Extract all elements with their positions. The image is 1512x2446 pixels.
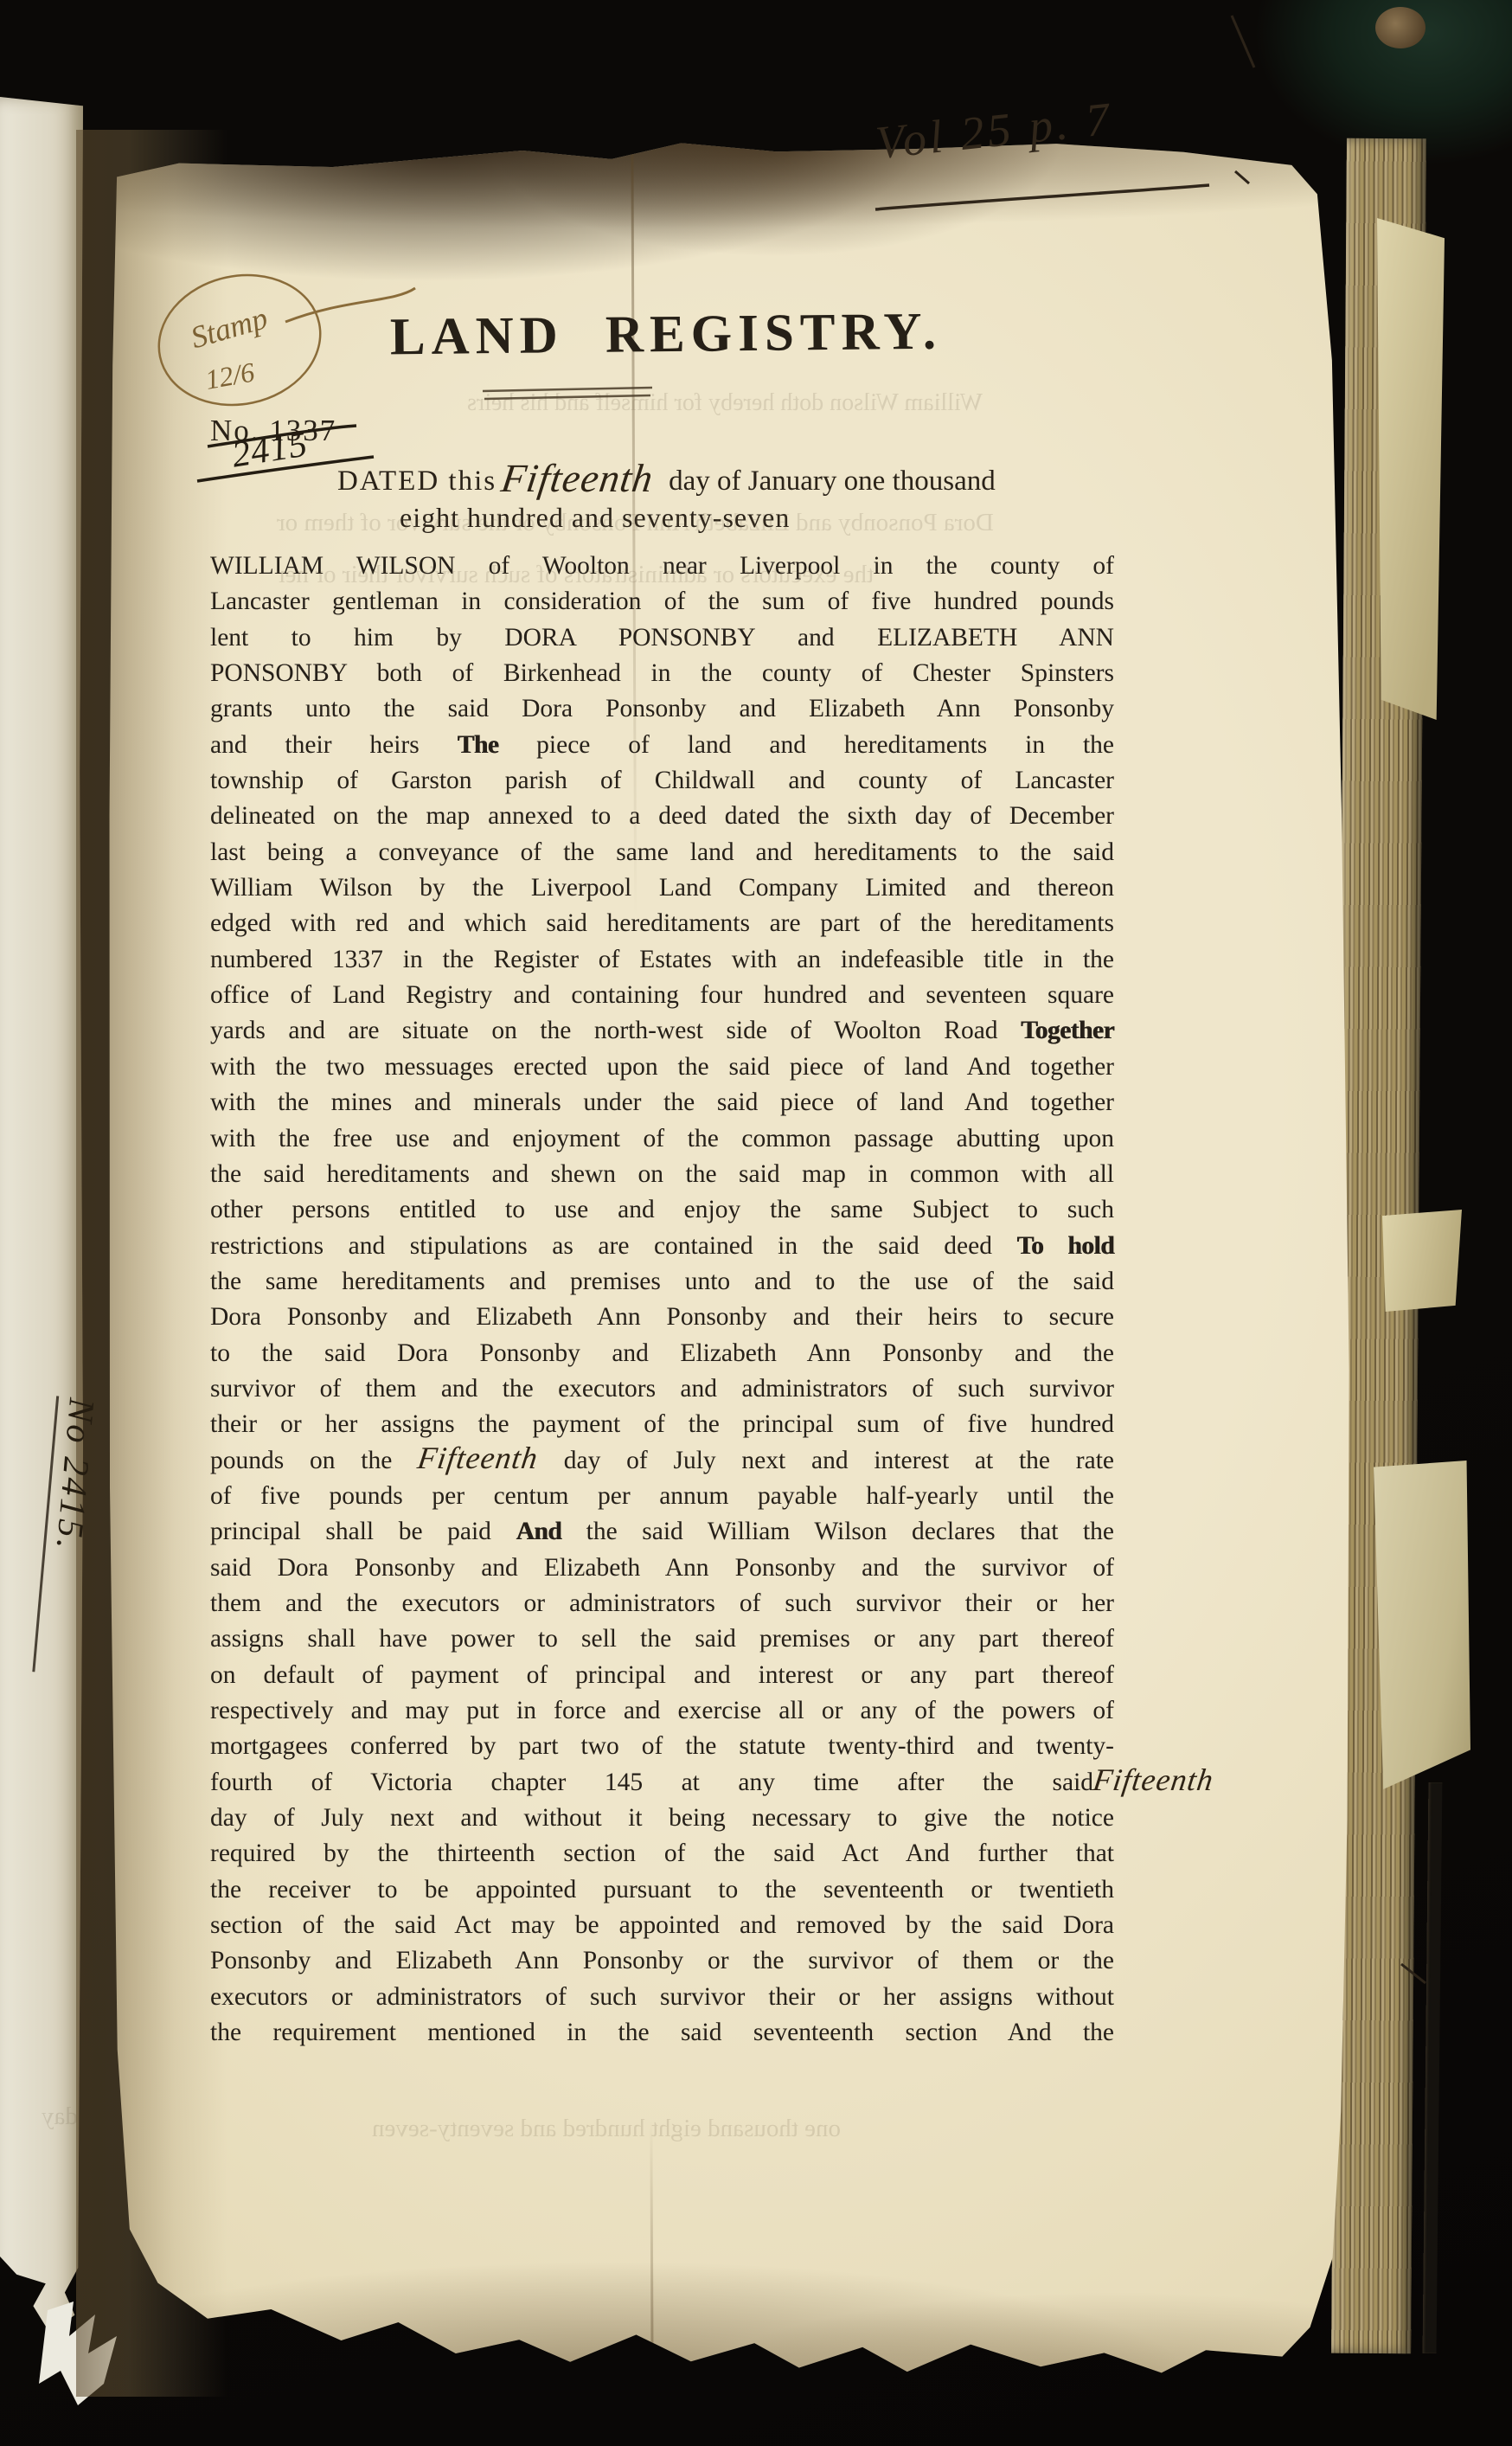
body-segment: section of the said Act may be appointed… bbox=[210, 1911, 1114, 1939]
body-line: said Dora Ponsonby and Elizabeth Ann Pon… bbox=[210, 1550, 1114, 1586]
body-line: the said hereditaments and shewn on the … bbox=[210, 1157, 1114, 1192]
body-line: their or her assigns the payment of the … bbox=[210, 1407, 1114, 1442]
body-segment: with the two messuages erected upon the … bbox=[210, 1053, 1114, 1081]
body-segment: township of Garston parish of Childwall … bbox=[210, 767, 1114, 794]
body-line: other persons entitled to use and enjoy … bbox=[210, 1192, 1114, 1228]
body-segment: office of Land Registry and containing f… bbox=[210, 981, 1114, 1009]
body-segment: the receiver to be appointed pursuant to… bbox=[210, 1876, 1114, 1904]
body-line: of five pounds per centum per annum paya… bbox=[210, 1479, 1114, 1514]
body-line: township of Garston parish of Childwall … bbox=[210, 763, 1114, 799]
body-segment: piece of land and hereditaments in the bbox=[498, 731, 1114, 759]
blackletter-word: The bbox=[458, 731, 499, 759]
body-segment: with the mines and minerals under the sa… bbox=[210, 1088, 1114, 1116]
body-line: executors or administrators of such surv… bbox=[210, 1980, 1114, 2015]
body-line: required by the thirteenth section of th… bbox=[210, 1836, 1114, 1871]
body-line: William Wilson by the Liverpool Land Com… bbox=[210, 870, 1114, 906]
body-segment: pounds on the bbox=[210, 1447, 418, 1474]
body-segment: survivor of them and the executors and a… bbox=[210, 1375, 1114, 1403]
body-line: fourth of Victoria chapter 145 at any ti… bbox=[210, 1765, 1214, 1801]
dated-suffix: day of January one thousand bbox=[669, 465, 996, 497]
body-segment: mortgagees conferred by part two of the … bbox=[210, 1732, 1114, 1760]
body-segment: respectively and may put in force and ex… bbox=[210, 1697, 1114, 1724]
body-line: day of July next and without it being ne… bbox=[210, 1801, 1114, 1836]
body-segment: last being a conveyance of the same land… bbox=[210, 838, 1114, 866]
dated-line: DATED thisFifteenthday of January one th… bbox=[337, 453, 996, 499]
blackletter-word: To hold bbox=[1016, 1232, 1114, 1260]
body-segment: the said hereditaments and shewn on the … bbox=[210, 1160, 1114, 1188]
book-photo: Vol 25 p. 7 LAND REGISTRY. No. 1337 2415… bbox=[0, 0, 1512, 2446]
body-line: Dora Ponsonby and Elizabeth Ann Ponsonby… bbox=[210, 1300, 1114, 1335]
body-segment: assigns shall have power to sell the sai… bbox=[210, 1625, 1114, 1653]
body-line: the same hereditaments and premises unto… bbox=[210, 1264, 1114, 1300]
body-line: respectively and may put in force and ex… bbox=[210, 1693, 1114, 1729]
bleedthrough-dated-1: Dora Ponsonby and Elizabeth Ann Ponsonby… bbox=[277, 509, 994, 537]
body-line: last being a conveyance of the same land… bbox=[210, 835, 1114, 870]
body-segment: grants unto the said Dora Ponsonby and E… bbox=[210, 695, 1114, 722]
body-line: with the free use and enjoyment of the c… bbox=[210, 1121, 1114, 1157]
body-line: principal shall be paid And the said Wil… bbox=[210, 1514, 1114, 1550]
body-line: lent to him by DORA PONSONBY and ELIZABE… bbox=[210, 620, 1114, 656]
body-segment: day of July next and interest at the rat… bbox=[538, 1447, 1114, 1474]
body-segment: executors or administrators of such surv… bbox=[210, 1983, 1114, 2011]
body-line: pounds on the Fifteenth day of July next… bbox=[210, 1443, 1114, 1479]
body-segment: William Wilson by the Liverpool Land Com… bbox=[210, 874, 1114, 902]
body-line: with the mines and minerals under the sa… bbox=[210, 1085, 1114, 1120]
body-segment: numbered 1337 in the Register of Estates… bbox=[210, 946, 1114, 973]
body-segment: delineated on the map annexed to a deed … bbox=[210, 802, 1114, 830]
body-segment: fourth of Victoria chapter 145 at any ti… bbox=[210, 1769, 1093, 1796]
body-line: with the two messuages erected upon the … bbox=[210, 1050, 1114, 1085]
margin-annotation: No 2415. bbox=[32, 1396, 102, 1675]
body-segment: day of July next and without it being ne… bbox=[210, 1804, 1114, 1832]
body-segment: lent to him by DORA PONSONBY and ELIZABE… bbox=[210, 624, 1114, 652]
body-line: them and the executors or administrators… bbox=[210, 1586, 1114, 1621]
body-line: on default of payment of principal and i… bbox=[210, 1658, 1114, 1693]
body-segment: them and the executors or administrators… bbox=[210, 1589, 1114, 1617]
body-line: survivor of them and the executors and a… bbox=[210, 1371, 1114, 1407]
body-line: Lancaster gentleman in consideration of … bbox=[210, 584, 1114, 620]
handwritten-day: Fifteenth bbox=[498, 455, 657, 501]
body-segment: edged with red and which said hereditame… bbox=[210, 909, 1114, 937]
volume-page-annotation: Vol 25 p. 7 bbox=[874, 92, 1116, 170]
body-line: yards and are situate on the north-west … bbox=[210, 1013, 1114, 1049]
body-line: mortgagees conferred by part two of the … bbox=[210, 1729, 1114, 1764]
body-line: grants unto the said Dora Ponsonby and E… bbox=[210, 691, 1114, 727]
body-segment: the requirement mentioned in the said se… bbox=[210, 2019, 1114, 2046]
body-line: restrictions and stipulations as are con… bbox=[210, 1229, 1114, 1264]
bleedthrough-dated-2: the executors or administrators of such … bbox=[277, 561, 874, 589]
bleedthrough-bottom: one thousand eight hundred and seventy-s… bbox=[372, 2115, 841, 2143]
blackletter-word: Together bbox=[1021, 1017, 1114, 1044]
page-title: LAND REGISTRY. bbox=[363, 301, 970, 368]
bleedthrough-bottom-margin: day bbox=[42, 2103, 78, 2131]
body-line: the receiver to be appointed pursuant to… bbox=[210, 1872, 1114, 1908]
body-segment: to the said Dora Ponsonby and Elizabeth … bbox=[210, 1339, 1114, 1367]
body-line: assigns shall have power to sell the sai… bbox=[210, 1621, 1114, 1657]
body-line: the requirement mentioned in the said se… bbox=[210, 2015, 1114, 2051]
body-line: section of the said Act may be appointed… bbox=[210, 1908, 1114, 1943]
body-line: numbered 1337 in the Register of Estates… bbox=[210, 942, 1114, 978]
body-segment: PONSONBY both of Birkenhead in the count… bbox=[210, 659, 1114, 687]
printed-content-layer: Vol 25 p. 7 LAND REGISTRY. No. 1337 2415… bbox=[0, 0, 1512, 2446]
body-segment: with the free use and enjoyment of the c… bbox=[210, 1125, 1114, 1152]
body-segment: said Dora Ponsonby and Elizabeth Ann Pon… bbox=[210, 1554, 1114, 1582]
bleedthrough-under-title: William Wilson doth hereby for himself a… bbox=[467, 389, 983, 417]
body-segment: yards and are situate on the north-west … bbox=[210, 1017, 1021, 1044]
body-line: Ponsonby and Elizabeth Ann Ponsonby or t… bbox=[210, 1943, 1114, 1979]
body-line: delineated on the map annexed to a deed … bbox=[210, 799, 1114, 834]
body-text: WILLIAM WILSON of Woolton near Liverpool… bbox=[210, 549, 1114, 2051]
body-segment: Dora Ponsonby and Elizabeth Ann Ponsonby… bbox=[210, 1303, 1114, 1331]
body-line: to the said Dora Ponsonby and Elizabeth … bbox=[210, 1336, 1114, 1371]
body-segment: their or her assigns the payment of the … bbox=[210, 1410, 1114, 1438]
body-segment: Lancaster gentleman in consideration of … bbox=[210, 587, 1114, 615]
body-segment: on default of payment of principal and i… bbox=[210, 1661, 1114, 1689]
body-segment: restrictions and stipulations as are con… bbox=[210, 1232, 1016, 1260]
body-segment: required by the thirteenth section of th… bbox=[210, 1839, 1114, 1867]
body-segment: the said William Wilson declares that th… bbox=[561, 1518, 1114, 1545]
body-segment: Ponsonby and Elizabeth Ann Ponsonby or t… bbox=[210, 1947, 1114, 1974]
dated-prefix: DATED this bbox=[337, 465, 497, 497]
body-line: and their heirs The piece of land and he… bbox=[210, 728, 1114, 763]
body-line: PONSONBY both of Birkenhead in the count… bbox=[210, 656, 1114, 691]
body-segment: and their heirs bbox=[210, 731, 458, 759]
body-segment: of five pounds per centum per annum paya… bbox=[210, 1482, 1114, 1510]
blackletter-word: And bbox=[516, 1518, 561, 1545]
body-segment: principal shall be paid bbox=[210, 1518, 516, 1545]
body-segment: other persons entitled to use and enjoy … bbox=[210, 1196, 1114, 1223]
body-line: edged with red and which said hereditame… bbox=[210, 906, 1114, 941]
body-segment: the same hereditaments and premises unto… bbox=[210, 1268, 1114, 1295]
body-line: office of Land Registry and containing f… bbox=[210, 978, 1114, 1013]
